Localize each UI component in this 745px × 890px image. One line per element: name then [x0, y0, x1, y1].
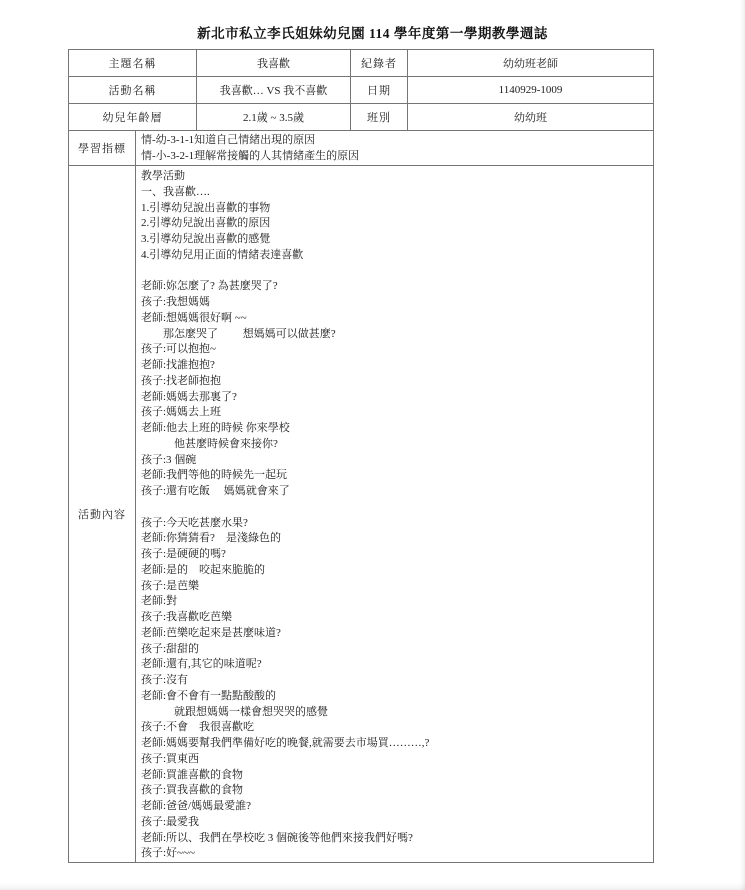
activity-line: 老師:我們等他的時候先一起玩: [141, 468, 649, 484]
activity-line: [141, 264, 649, 280]
info-value-cell: 我喜歡… VS 我不喜歡: [197, 77, 351, 104]
activity-line: 2.引導幼兒說出喜歡的原因: [141, 216, 649, 232]
indicator-line: 情-幼-3-1-1知道自己情緒出現的原因: [141, 133, 649, 149]
indicators-label: 學習指標: [69, 131, 136, 166]
info-label-cell: 幼兒年齡層: [69, 104, 197, 131]
activity-line: 孩子:我想媽媽: [141, 295, 649, 311]
activity-line: 3.引導幼兒說出喜歡的感覺: [141, 232, 649, 248]
activity-line: 老師:還有,其它的味道呢?: [141, 657, 649, 673]
info-value-cell: 1140929-1009: [408, 77, 654, 104]
activity-line: 老師:是的 咬起來脆脆的: [141, 563, 649, 579]
activity-line: 孩子:我喜歡吃芭樂: [141, 610, 649, 626]
activity-line: 老師:所以、我們在學校吃 3 個碗後等他們來接我們好嗎?: [141, 831, 649, 847]
activity-line: 1.引導幼兒說出喜歡的事物: [141, 201, 649, 217]
activity-line: 老師:買誰喜歡的食物: [141, 768, 649, 784]
activity-line: 孩子:買東西: [141, 752, 649, 768]
info-row: 主題名稱我喜歡紀錄者幼幼班老師: [69, 50, 654, 77]
activity-line: 孩子:今天吃甚麼水果?: [141, 516, 649, 532]
info-label-cell: 活動名稱: [69, 77, 197, 104]
activity-line: 就跟想媽媽一樣會想哭哭的感覺: [141, 705, 649, 721]
activity-line: [141, 500, 649, 516]
info-value-cell: 我喜歡: [197, 50, 351, 77]
activity-line: 老師:媽媽去那裏了?: [141, 390, 649, 406]
info-label-cell: 班別: [351, 104, 408, 131]
activity-line: 孩子:是硬硬的嗎?: [141, 547, 649, 563]
activity-line: 老師:對: [141, 594, 649, 610]
info-value-cell: 幼幼班: [408, 104, 654, 131]
activity-line: 孩子:找老師抱抱: [141, 374, 649, 390]
activity-line: 孩子:3 個碗: [141, 453, 649, 469]
info-label-cell: 主題名稱: [69, 50, 197, 77]
activity-line: 教學活動: [141, 169, 649, 185]
info-table: 主題名稱我喜歡紀錄者幼幼班老師活動名稱我喜歡… VS 我不喜歡日期1140929…: [68, 49, 654, 131]
indicators-content: 情-幼-3-1-1知道自己情緒出現的原因情-小-3-2-1理解常接觸的人其情緒產…: [136, 131, 654, 166]
page-title: 新北市私立李氏姐妹幼兒園 114 學年度第一學期教學週誌: [0, 22, 745, 42]
activity-line: 老師:芭樂吃起來是甚麼味道?: [141, 626, 649, 642]
activity-line: 孩子:甜甜的: [141, 642, 649, 658]
activity-line: 孩子:還有吃飯 媽媽就會來了: [141, 484, 649, 500]
activity-line: 孩子:買我喜歡的食物: [141, 783, 649, 799]
document-page: 新北市私立李氏姐妹幼兒園 114 學年度第一學期教學週誌 主題名稱我喜歡紀錄者幼…: [0, 0, 745, 890]
activity-line: 他甚麼時候會來接你?: [141, 437, 649, 453]
activity-label: 活動內容: [69, 166, 136, 863]
activity-line: 老師:妳怎麼了? 為甚麼哭了?: [141, 279, 649, 295]
activity-row: 活動內容 教學活動一、我喜歡….1.引導幼兒說出喜歡的事物2.引導幼兒說出喜歡的…: [69, 166, 654, 863]
info-label-cell: 日期: [351, 77, 408, 104]
info-row: 活動名稱我喜歡… VS 我不喜歡日期1140929-1009: [69, 77, 654, 104]
activity-line: 一、我喜歡….: [141, 185, 649, 201]
activity-line: 那怎麼哭了 想媽媽可以做甚麼?: [141, 327, 649, 343]
activity-line: 老師:媽媽要幫我們準備好吃的晚餐,就需要去市場買………,?: [141, 736, 649, 752]
activity-line: 老師:爸爸/媽媽最愛誰?: [141, 799, 649, 815]
activity-content: 教學活動一、我喜歡….1.引導幼兒說出喜歡的事物2.引導幼兒說出喜歡的原因3.引…: [136, 166, 654, 863]
info-value-cell: 2.1歲 ~ 3.5歲: [197, 104, 351, 131]
activity-line: 孩子:可以抱抱~: [141, 342, 649, 358]
info-label-cell: 紀錄者: [351, 50, 408, 77]
activity-line: 孩子:最愛我: [141, 815, 649, 831]
activity-line: 老師:你猜猜看? 是淺綠色的: [141, 531, 649, 547]
indicators-row: 學習指標 情-幼-3-1-1知道自己情緒出現的原因情-小-3-2-1理解常接觸的…: [69, 131, 654, 166]
activity-line: 孩子:不會 我很喜歡吃: [141, 720, 649, 736]
indicator-line: 情-小-3-2-1理解常接觸的人其情緒產生的原因: [141, 149, 649, 165]
activity-line: 4.引導幼兒用正面的情緒表達喜歡: [141, 248, 649, 264]
activity-line: 老師:會不會有一點點酸酸的: [141, 689, 649, 705]
detail-table: 學習指標 情-幼-3-1-1知道自己情緒出現的原因情-小-3-2-1理解常接觸的…: [68, 130, 654, 863]
activity-line: 孩子:是芭樂: [141, 579, 649, 595]
activity-line: 孩子:好~~~: [141, 846, 649, 862]
activity-line: 孩子:媽媽去上班: [141, 405, 649, 421]
activity-line: 孩子:沒有: [141, 673, 649, 689]
activity-line: 老師:想媽媽很好啊 ~~: [141, 311, 649, 327]
info-value-cell: 幼幼班老師: [408, 50, 654, 77]
info-row: 幼兒年齡層2.1歲 ~ 3.5歲班別幼幼班: [69, 104, 654, 131]
activity-line: 老師:找誰抱抱?: [141, 358, 649, 374]
activity-line: 老師:他去上班的時候 你來學校: [141, 421, 649, 437]
